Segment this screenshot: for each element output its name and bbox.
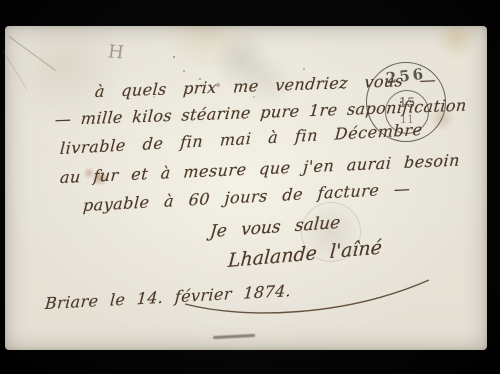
ink-specks — [173, 56, 175, 58]
handwriting-line-5: payable à 60 jours de facture — — [82, 179, 411, 215]
crease-mark — [8, 36, 56, 71]
postcard: H 256 15 11 à quels prix me vendriez vou… — [5, 26, 487, 350]
photo-background: H 256 15 11 à quels prix me vendriez vou… — [0, 0, 500, 374]
pencil-annotation: H — [107, 42, 126, 64]
ink-smudge — [213, 334, 255, 339]
crease-mark — [2, 50, 27, 90]
